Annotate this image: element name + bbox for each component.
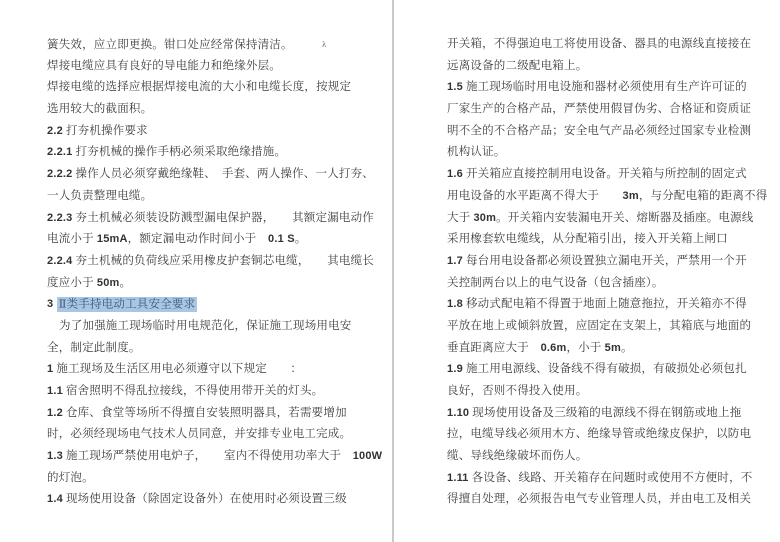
body-text: 得擅自处理，必须报告电气专业管理人员，并由电工及相关 — [447, 493, 751, 505]
body-text: 拉，电缆导线必须用木方、绝缘导管或绝缘皮保护，以防电 — [447, 428, 751, 440]
body-text: 焊接电缆应具有良好的导电能力和绝缘外层。 — [47, 60, 281, 72]
body-text: 施工现场及生活区用电必须遵守以下规定 ： — [53, 363, 302, 375]
body-text: 。 — [621, 342, 633, 354]
body-text: 仓库、食堂等场所不得擅自安装照明器具，若需要增加 — [63, 407, 347, 419]
text-line: 焊接电缆应具有良好的导电能力和绝缘外层。 — [47, 56, 367, 78]
text-line: 一人负责整理电缆。 — [47, 186, 367, 208]
text-line: 垂直距离应大于 0.6m，小于 5m。 — [447, 338, 759, 360]
document-page-left: 簧失效，应立即更换。钳口处应经常保持清洁。 λ焊接电缆应具有良好的导电能力和绝缘… — [47, 34, 367, 511]
text-line: 良好，否则不得投入使用。 — [447, 381, 759, 403]
bold-number-text: 2.2.4 — [47, 255, 72, 267]
text-line: 1.5 施工现场临时用电设施和器材必须使用有生产许可证的 — [447, 77, 759, 99]
page-divider — [392, 0, 394, 542]
text-line: 3 Ⅱ类手持电动工具安全要求 — [47, 294, 367, 316]
body-text: 施工用电源线、设备线不得有破损，有破损处必须包扎 — [463, 363, 747, 375]
bold-number-text: 1.11 — [447, 472, 469, 484]
text-line: 为了加强施工现场临时用电规范化，保证施工现场用电安 — [47, 316, 367, 338]
bold-number-text: 1.1 — [47, 385, 63, 397]
bold-number-text: 3 — [47, 298, 57, 310]
body-text: 移动式配电箱不得置于地面上随意拖拉，开关箱亦不得 — [463, 298, 747, 310]
bold-number-text: 1.6 — [447, 168, 463, 180]
body-text: 施工现场严禁使用电炉子， 室内不得使用功率大于 — [63, 450, 353, 462]
text-line: 1.8 移动式配电箱不得置于地面上随意拖拉，开关箱亦不得 — [447, 294, 759, 316]
text-line: 1.6 开关箱应直接控制用电设备。开关箱与所控制的固定式 — [447, 164, 759, 186]
body-text: 大于 — [447, 212, 473, 224]
body-text: 焊接电缆的选择应根据焊接电流的大小和电缆长度，按规定 — [47, 81, 351, 93]
text-line: 焊接电缆的选择应根据焊接电流的大小和电缆长度，按规定 — [47, 77, 367, 99]
text-line: 开关箱，不得强迫电工将使用设备、器具的电源线直接接在 — [447, 34, 759, 56]
bold-number-text: 0.6m — [541, 342, 567, 354]
text-line: 远离设备的二级配电箱上。 — [447, 56, 759, 78]
body-text: 操作人员必须穿戴绝缘鞋、 手套、两人操作、一人打夯、 — [72, 168, 374, 180]
text-line: 厂家生产的合格产品，严禁使用假冒伪劣、合格证和资质证 — [447, 99, 759, 121]
bold-number-text: 1.7 — [447, 255, 463, 267]
body-text: 现场使用设备及三级箱的电源线不得在钢筋或地上拖 — [469, 407, 741, 419]
bold-number-text: 0.1 S — [268, 233, 295, 245]
text-line: 度应小于 50m。 — [47, 273, 367, 295]
text-line: 的灯泡。 — [47, 468, 367, 490]
text-line: 缆、导线绝缘破坏而伤人。 — [447, 446, 759, 468]
text-line: 采用橡套软电缆线，从分配箱引出，接入开关箱上闸口 — [447, 229, 759, 251]
body-text: 。开关箱内安装漏电开关、熔断器及插座。电源线 — [496, 212, 753, 224]
body-text: 。 — [120, 277, 132, 289]
body-text: 远离设备的二级配电箱上。 — [447, 60, 587, 72]
bold-number-text: 1.2 — [47, 407, 63, 419]
body-text: 时，必须经现场电气技术人员同意，并安排专业电工完成。 — [47, 428, 351, 440]
body-text: 每台用电设备都必须设置独立漏电开关，严禁用一个开 — [463, 255, 747, 267]
text-line: 明不全的不合格产品；安全电气产品必须经过国家专业检测 — [447, 121, 759, 143]
body-text: 全，制定此制度。 — [47, 342, 141, 354]
body-text: ，与分配电箱的距离不得 — [639, 190, 768, 202]
body-text: 为了加强施工现场临时用电规范化，保证施工现场用电安 — [59, 320, 352, 332]
text-line: 选用较大的截面积。 — [47, 99, 367, 121]
body-text: ，额定漏电动作时间小于 — [128, 233, 268, 245]
text-line: 1.7 每台用电设备都必须设置独立漏电开关，严禁用一个开 — [447, 251, 759, 273]
text-line: 1.9 施工用电源线、设备线不得有破损，有破损处必须包扎 — [447, 359, 759, 381]
body-text: 明不全的不合格产品；安全电气产品必须经过国家专业检测 — [447, 125, 751, 137]
bold-number-text: 15mA — [97, 233, 128, 245]
body-text: 施工现场临时用电设施和器材必须使用有生产许可证的 — [463, 81, 747, 93]
text-line: 2.2.4 夯土机械的负荷线应采用橡皮护套铜芯电缆， 其电缆长 — [47, 251, 367, 273]
text-line: 得擅自处理，必须报告电气专业管理人员，并由电工及相关 — [447, 489, 759, 511]
body-text: 关控制两台以上的电气设备（包含插座）。 — [447, 277, 664, 289]
text-line: 机构认证。 — [447, 142, 759, 164]
text-line: 时，必须经现场电气技术人员同意，并安排专业电工完成。 — [47, 424, 367, 446]
document-page-right: 开关箱，不得强迫电工将使用设备、器具的电源线直接接在远离设备的二级配电箱上。1.… — [447, 34, 759, 511]
body-text: 开关箱应直接控制用电设备。开关箱与所控制的固定式 — [463, 168, 747, 180]
highlighted-heading-text: Ⅱ类手持电动工具安全要求 — [57, 297, 198, 312]
body-text: 厂家生产的合格产品，严禁使用假冒伪劣、合格证和资质证 — [447, 103, 751, 115]
text-line: 全，制定此制度。 — [47, 338, 367, 360]
text-line: 大于 30m。开关箱内安装漏电开关、熔断器及插座。电源线 — [447, 208, 759, 230]
body-text: 现场使用设备（除固定设备外）在使用时必须设置三级 — [63, 493, 347, 505]
body-text: 打夯机操作要求 — [63, 125, 148, 137]
bold-number-text: 2.2.1 — [47, 146, 72, 158]
body-text: 机构认证。 — [447, 146, 506, 158]
body-text: 宿舍照明不得乱拉接线，不得使用带开关的灯头。 — [63, 385, 323, 397]
bold-number-text: 1.4 — [47, 493, 63, 505]
body-text — [287, 39, 322, 51]
body-text: 的灯泡。 — [47, 472, 94, 484]
text-line: 拉，电缆导线必须用木方、绝缘导管或绝缘皮保护，以防电 — [447, 424, 759, 446]
document-canvas: 簧失效，应立即更换。钳口处应经常保持清洁。 λ焊接电缆应具有良好的导电能力和绝缘… — [0, 0, 780, 542]
text-line: 1.4 现场使用设备（除固定设备外）在使用时必须设置三级 — [47, 489, 367, 511]
text-line: 1.1 宿舍照明不得乱拉接线，不得使用带开关的灯头。 — [47, 381, 367, 403]
bold-number-text: 1.9 — [447, 363, 463, 375]
text-line: 用电设备的水平距离不得大于 3m，与分配电箱的距离不得 — [447, 186, 759, 208]
text-line: 电流小于 15mA，额定漏电动作时间小于 0.1 S。 — [47, 229, 367, 251]
body-text: 垂直距离应大于 — [447, 342, 541, 354]
body-text: 度应小于 — [47, 277, 97, 289]
text-line: 2.2 打夯机操作要求 — [47, 121, 367, 143]
bold-number-text: 3m — [623, 190, 639, 202]
text-line: 1.11 各设备、线路、开关箱存在问题时或使用不方便时，不 — [447, 468, 759, 490]
text-line: 2.2.1 打夯机械的操作手柄必须采取绝缘措施。 — [47, 142, 367, 164]
body-text: 选用较大的截面积。 — [47, 103, 152, 115]
body-text: 良好，否则不得投入使用。 — [447, 385, 587, 397]
text-line: 1.10 现场使用设备及三级箱的电源线不得在钢筋或地上拖 — [447, 403, 759, 425]
bold-number-text: 1.10 — [447, 407, 469, 419]
body-text: ，小于 — [566, 342, 604, 354]
body-text: 平放在地上或倾斜放置，应固定在支架上，其箱底与地面的 — [447, 320, 751, 332]
body-text: 夯土机械的负荷线应采用橡皮护套铜芯电缆， 其电缆长 — [72, 255, 374, 267]
bold-number-text: 50m — [97, 277, 120, 289]
bold-number-text: 2.2.2 — [47, 168, 72, 180]
body-text: 用电设备的水平距离不得大于 — [447, 190, 623, 202]
body-text: 采用橡套软电缆线，从分配箱引出，接入开关箱上闸口 — [447, 233, 728, 245]
bold-number-text: 5m — [605, 342, 621, 354]
text-line: 平放在地上或倾斜放置，应固定在支架上，其箱底与地面的 — [447, 316, 759, 338]
body-text: 打夯机械的操作手柄必须采取绝缘措施。 — [72, 146, 286, 158]
bold-number-text: 2.2.3 — [47, 212, 72, 224]
text-line: 1.3 施工现场严禁使用电炉子， 室内不得使用功率大于 100W — [47, 446, 367, 468]
text-line: 2.2.2 操作人员必须穿戴绝缘鞋、 手套、两人操作、一人打夯、 — [47, 164, 367, 186]
text-line: 1.2 仓库、食堂等场所不得擅自安装照明器具，若需要增加 — [47, 403, 367, 425]
lambda-mark: λ — [322, 40, 326, 49]
bold-number-text: 1.5 — [447, 81, 463, 93]
bold-number-text: 30m — [473, 212, 496, 224]
text-line: 2.2.3 夯土机械必须装设防溅型漏电保护器， 其额定漏电动作 — [47, 208, 367, 230]
body-text: 一人负责整理电缆。 — [47, 190, 152, 202]
text-line: 关控制两台以上的电气设备（包含插座）。 — [447, 273, 759, 295]
bold-number-text: 1.3 — [47, 450, 63, 462]
body-text: 缆、导线绝缘破坏而伤人。 — [447, 450, 587, 462]
bold-number-text: 100W — [353, 450, 383, 462]
body-text: 夯土机械必须装设防溅型漏电保护器， 其额定漏电动作 — [72, 212, 374, 224]
body-text: 电流小于 — [47, 233, 97, 245]
bold-number-text: 2.2 — [47, 125, 63, 137]
body-text: 簧失效，应立即更换。钳口处应经常保持清洁。 — [47, 39, 287, 51]
body-text: 各设备、线路、开关箱存在问题时或使用不方便时，不 — [469, 472, 753, 484]
bold-number-text: 1.8 — [447, 298, 463, 310]
text-line: 簧失效，应立即更换。钳口处应经常保持清洁。 λ — [47, 34, 367, 56]
text-line: 1 施工现场及生活区用电必须遵守以下规定 ： — [47, 359, 367, 381]
body-text: 开关箱，不得强迫电工将使用设备、器具的电源线直接接在 — [447, 38, 751, 50]
body-text: 。 — [295, 233, 307, 245]
